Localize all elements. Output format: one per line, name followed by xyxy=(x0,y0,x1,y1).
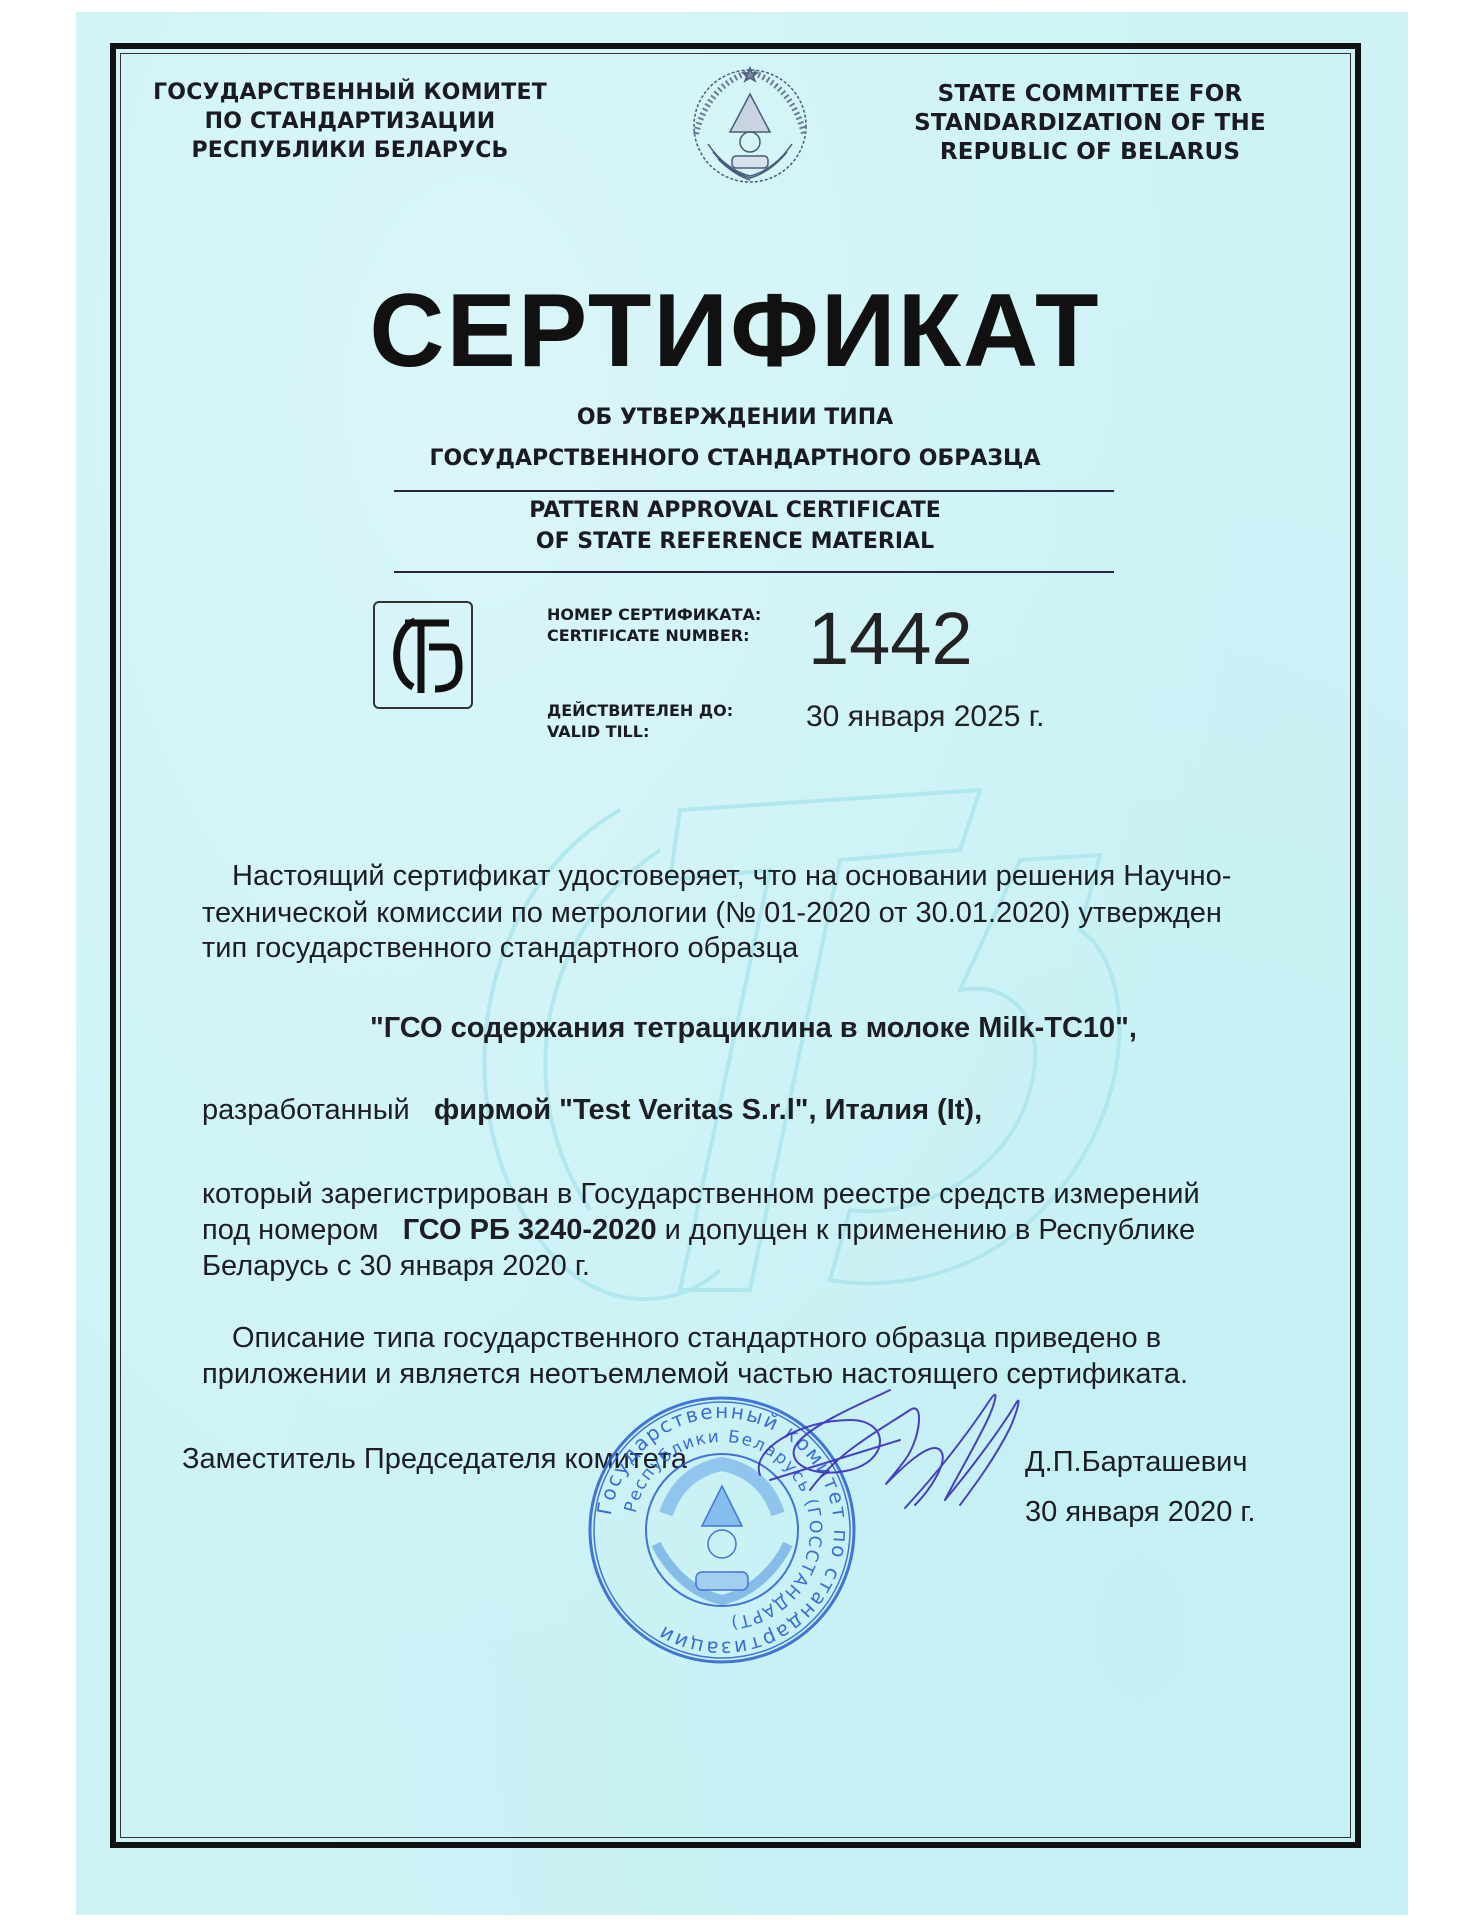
divider xyxy=(394,571,1114,573)
document-title: СЕРТИФИКАТ xyxy=(300,272,1170,391)
certificate-number-label: НОМЕР СЕРТИФИКАТА: CERTIFICATE NUMBER: xyxy=(547,604,761,646)
body-line: приложении и является неотъемлемой часть… xyxy=(202,1356,1188,1393)
valid-till-label: ДЕЙСТВИТЕЛЕН ДО: VALID TILL: xyxy=(547,700,733,742)
signatory-name: Д.П.Барташевич xyxy=(1025,1444,1247,1481)
registry-suffix: и допущен к применению в Республике xyxy=(665,1214,1196,1246)
body-line: Настоящий сертификат удостоверяет, что н… xyxy=(232,858,1231,895)
issuer-name-ru: ГОСУДАРСТВЕННЫЙ КОМИТЕТ ПО СТАНДАРТИЗАЦИ… xyxy=(140,78,560,165)
body-line: который зарегистрирован в Государственно… xyxy=(202,1176,1200,1213)
product-name: "ГСО содержания тетрациклина в молоке Mi… xyxy=(370,1010,1137,1047)
registry-prefix: под номером xyxy=(202,1214,379,1246)
valid-till-date: 30 января 2025 г. xyxy=(806,700,1044,734)
label-ru: ДЕЙСТВИТЕЛЕН ДО: xyxy=(547,700,733,721)
body-line: тип государственного стандартного образц… xyxy=(202,930,798,967)
subtitle-ru-line2: ГОСУДАРСТВЕННОГО СТАНДАРТНОГО ОБРАЗЦА xyxy=(300,446,1170,471)
label-ru: НОМЕР СЕРТИФИКАТА: xyxy=(547,604,761,625)
issuer-line: ПО СТАНДАРТИЗАЦИИ xyxy=(140,107,560,136)
subtitle-ru-line1: ОБ УТВЕРЖДЕНИИ ТИПА xyxy=(300,405,1170,430)
issuer-line: ГОСУДАРСТВЕННЫЙ КОМИТЕТ xyxy=(140,78,560,107)
label-en: CERTIFICATE NUMBER: xyxy=(547,625,761,646)
registry-line: под номером ГСО РБ 3240-2020 и допущен к… xyxy=(202,1212,1195,1249)
body-line: Беларусь с 30 января 2020 г. xyxy=(202,1248,590,1285)
developer-name: фирмой "Test Veritas S.r.l", Италия (It)… xyxy=(434,1094,982,1126)
stb-logo-icon xyxy=(373,601,473,709)
signature-date: 30 января 2020 г. xyxy=(1025,1494,1255,1531)
issuer-line: STANDARDIZATION OF THE xyxy=(880,109,1300,138)
registry-number: ГСО РБ 3240-2020 xyxy=(403,1214,657,1246)
belarus-coat-of-arms-icon xyxy=(688,64,812,184)
handwritten-signature xyxy=(740,1380,1030,1530)
issuer-line: STATE COMMITTEE FOR xyxy=(880,80,1300,109)
subtitle-en-line2: OF STATE REFERENCE MATERIAL xyxy=(300,529,1170,554)
divider xyxy=(394,490,1114,492)
subtitle-en-line1: PATTERN APPROVAL CERTIFICATE xyxy=(300,498,1170,523)
issuer-line: REPUBLIC OF BELARUS xyxy=(880,138,1300,167)
body-line: технической комиссии по метрологии (№ 01… xyxy=(202,895,1222,932)
body-line: Описание типа государственного стандартн… xyxy=(232,1320,1161,1357)
certificate-number: 1442 xyxy=(808,596,973,681)
label-en: VALID TILL: xyxy=(547,721,733,742)
issuer-line: РЕСПУБЛИКИ БЕЛАРУСЬ xyxy=(140,136,560,165)
issuer-name-en: STATE COMMITTEE FOR STANDARDIZATION OF T… xyxy=(880,80,1300,167)
developer-line: разработанный фирмой "Test Veritas S.r.l… xyxy=(202,1092,982,1129)
developer-prefix: разработанный xyxy=(202,1094,410,1126)
